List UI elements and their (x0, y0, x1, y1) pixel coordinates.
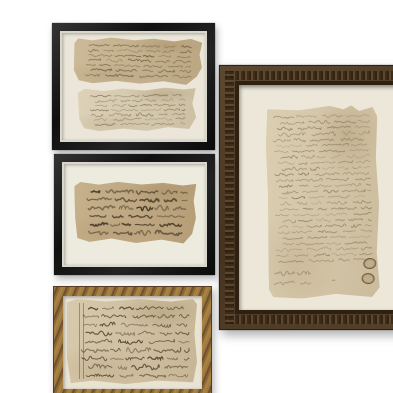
mat-board (62, 33, 205, 140)
ledger-rule-line (79, 303, 80, 379)
photo-framed-documents (0, 0, 393, 393)
mat-board (63, 296, 202, 389)
mat-board (64, 164, 205, 265)
receipt-document-upper (74, 37, 203, 85)
handwriting-texture (82, 186, 190, 236)
letter-document (265, 105, 381, 299)
frame-right-letter (219, 65, 393, 330)
handwriting-texture (272, 112, 374, 264)
frame-bottom-left-ledger (53, 286, 212, 393)
wax-seal (362, 257, 377, 270)
signature-handwriting (327, 271, 352, 281)
carved-rib-border (225, 71, 234, 324)
receipt-document-lower (78, 87, 197, 132)
handwriting-texture (90, 92, 187, 126)
note-document (74, 181, 197, 243)
frame-top-left-receipts (52, 23, 215, 150)
carved-rib-border (225, 71, 393, 80)
ledger-document (67, 299, 197, 384)
wax-seal (361, 272, 375, 284)
handwriting-texture (84, 42, 194, 79)
carved-rib-border (225, 315, 393, 324)
signature-handwriting (273, 268, 314, 288)
mat-board (239, 85, 393, 310)
handwriting-texture (81, 303, 191, 379)
frame-middle-left-note (54, 154, 215, 275)
